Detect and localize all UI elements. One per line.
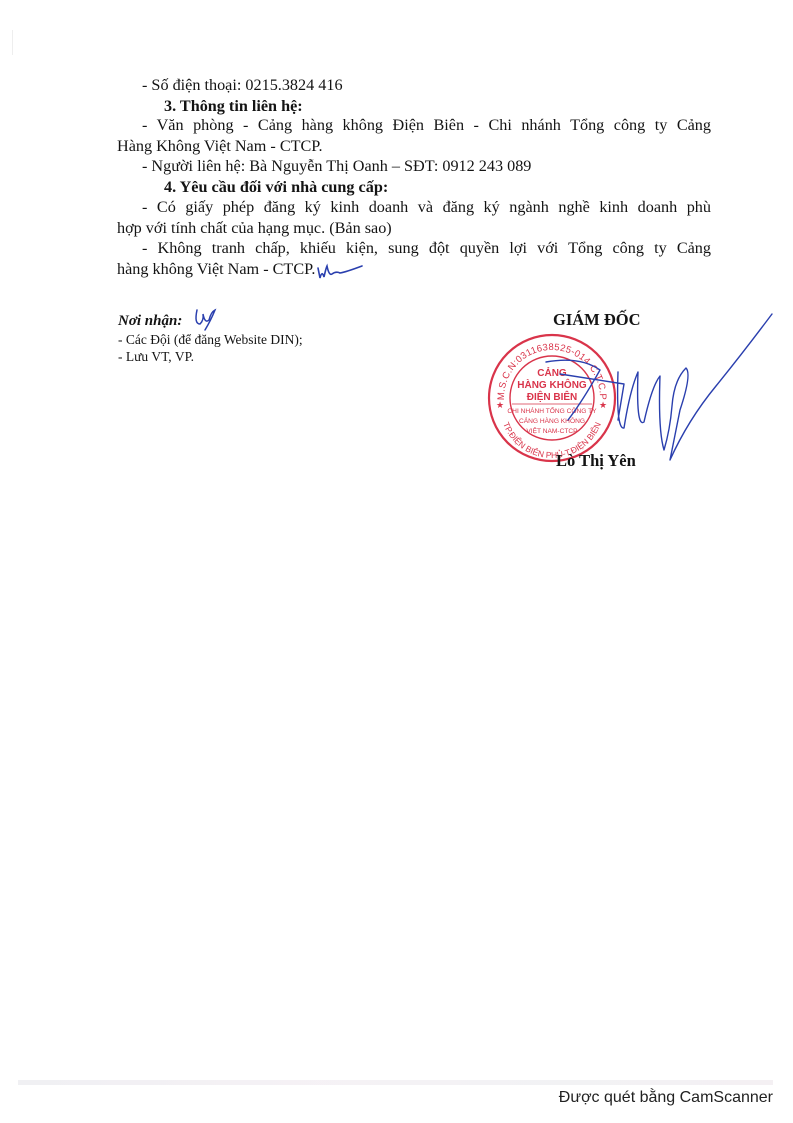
- section-3-heading: 3. Thông tin liên hệ:: [164, 96, 303, 116]
- svg-text:★: ★: [496, 400, 504, 410]
- scan-edge-band: [18, 1080, 773, 1085]
- scan-edge-mark: [12, 30, 13, 55]
- signatory-name: Lò Thị Yên: [556, 451, 636, 471]
- office-line-2: Hàng Không Việt Nam - CTCP.: [117, 136, 323, 156]
- recipients-label: Nơi nhận:: [118, 313, 182, 330]
- handwritten-signature-icon: [520, 310, 775, 470]
- phone-line: - Số điện thoại: 0215.3824 416: [142, 75, 343, 95]
- scanner-watermark: Được quét bằng CamScanner: [559, 1089, 773, 1107]
- recipient-item: - Các Đội (để đăng Website DIN);: [118, 331, 303, 348]
- requirement-1-line-2: hợp với tính chất của hạng mục. (Bản sao…: [117, 218, 392, 238]
- requirement-1-line-1: - Có giấy phép đăng ký kinh doanh và đăn…: [142, 197, 711, 217]
- initials-mark-icon: [316, 262, 366, 284]
- requirement-2-line-2: hàng không Việt Nam - CTCP.: [117, 259, 315, 279]
- contact-line: - Người liên hệ: Bà Nguyễn Thị Oanh – SĐ…: [142, 156, 531, 176]
- section-4-heading: 4. Yêu cầu đối với nhà cung cấp:: [164, 177, 388, 197]
- recipients-initials-icon: [191, 306, 223, 332]
- requirement-2-line-1: - Không tranh chấp, khiếu kiện, sung đột…: [142, 238, 711, 258]
- document-page: - Số điện thoại: 0215.3824 416 3. Thông …: [0, 0, 793, 1123]
- office-line-1: - Văn phòng - Cảng hàng không Điện Biên …: [142, 115, 711, 135]
- recipient-item: - Lưu VT, VP.: [118, 348, 194, 365]
